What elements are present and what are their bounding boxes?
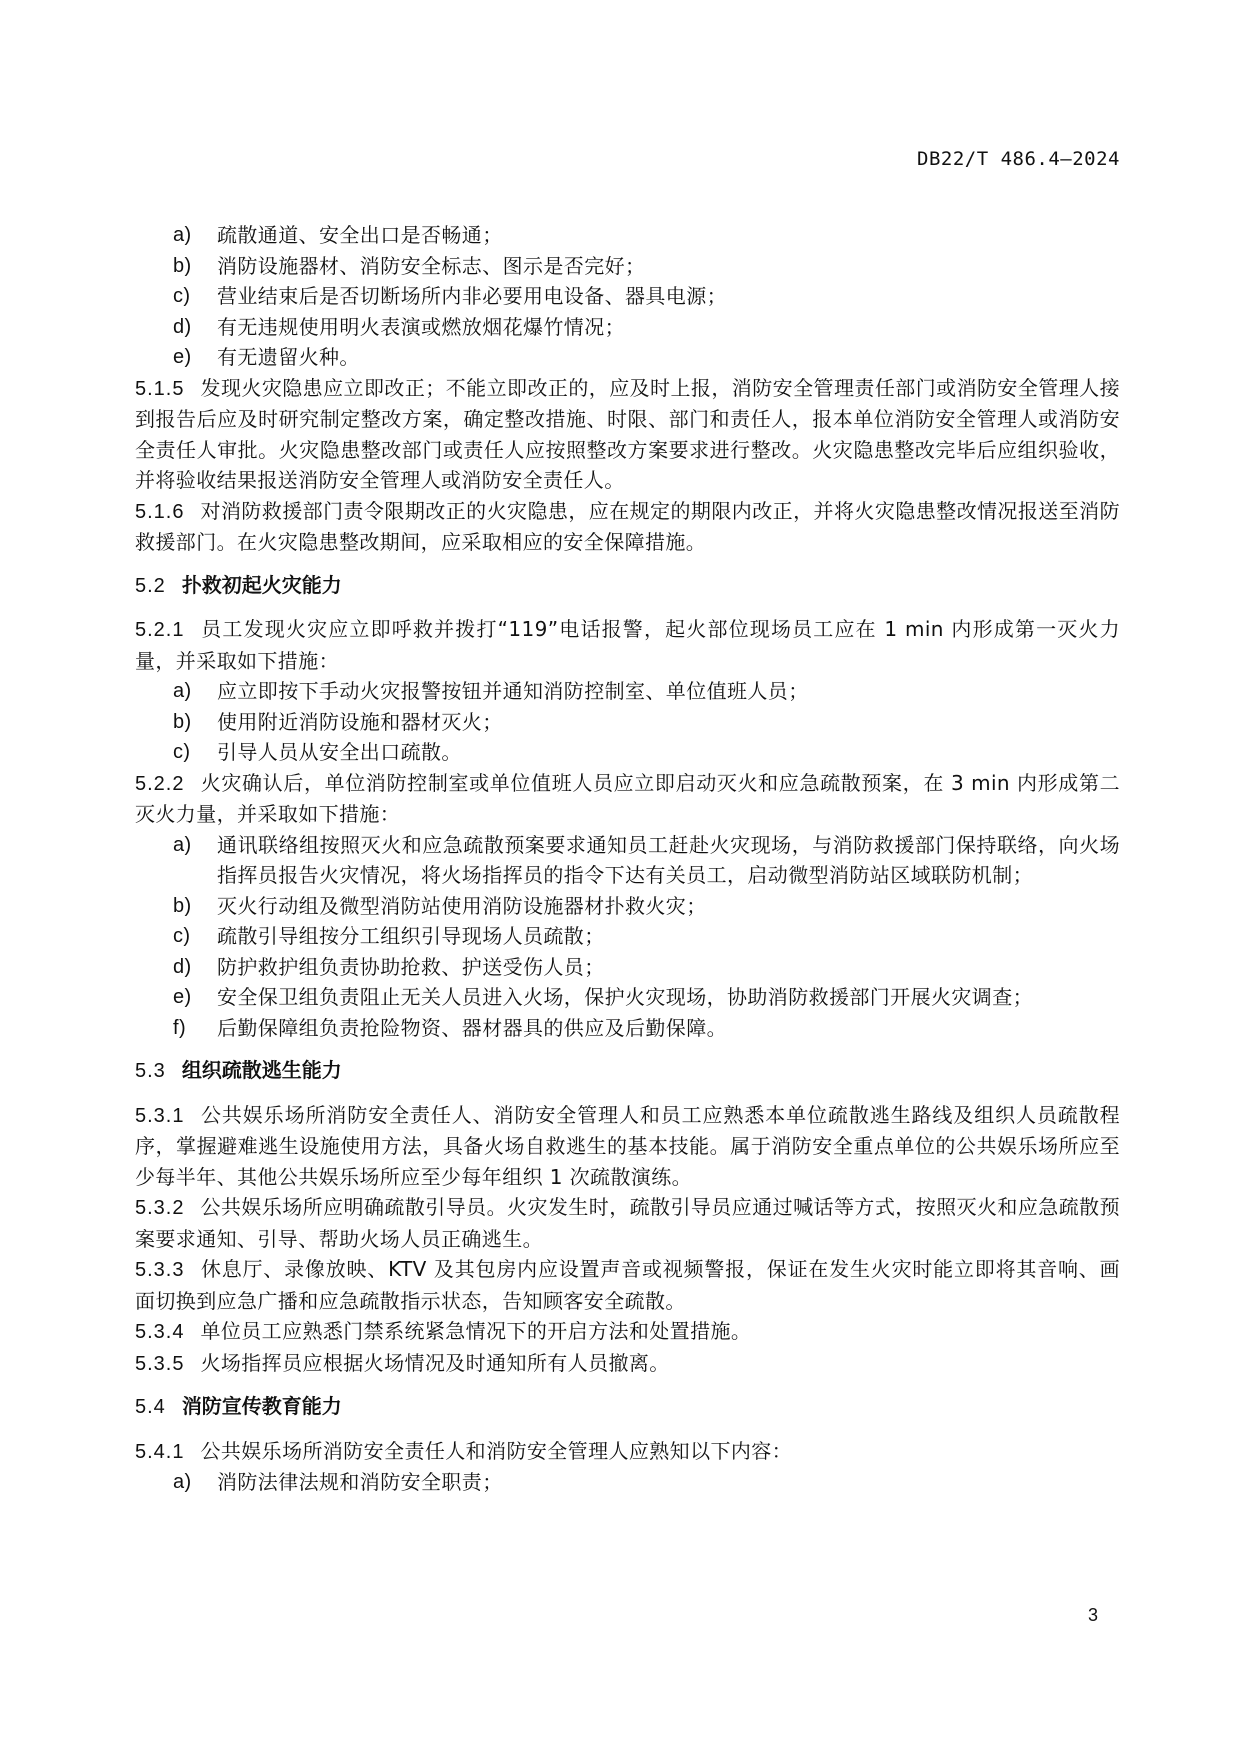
section-number: 5.3	[135, 1060, 166, 1082]
list-label: d)	[173, 952, 217, 983]
list-item: a) 疏散通道、安全出口是否畅通；	[135, 220, 1120, 251]
list-text: 防护救护组负责协助抢救、护送受伤人员；	[217, 952, 1120, 983]
clause-5-3-2: 5.3.2公共娱乐场所应明确疏散引导员。火灾发生时，疏散引导员应通过喊话等方式，…	[135, 1192, 1120, 1254]
section-title: 消防宣传教育能力	[182, 1394, 342, 1418]
clause-text: 公共娱乐场所应明确疏散引导员。火灾发生时，疏散引导员应通过喊话等方式，按照灭火和…	[135, 1195, 1120, 1251]
clause-5-2-2: 5.2.2火灾确认后，单位消防控制室或单位值班人员应立即启动灭火和应急疏散预案，…	[135, 768, 1120, 830]
list-item: a) 通讯联络组按照灭火和应急疏散预案要求通知员工赶赴火灾现场，与消防救援部门保…	[135, 830, 1120, 891]
list-item: a) 消防法律法规和消防安全职责；	[135, 1467, 1120, 1498]
clause-number: 5.3.5	[135, 1353, 184, 1375]
clause-number: 5.1.5	[135, 378, 184, 400]
clause-text: 公共娱乐场所消防安全责任人和消防安全管理人应熟知以下内容：	[200, 1439, 792, 1463]
list-text: 安全保卫组负责阻止无关人员进入火场，保护火灾现场，协助消防救援部门开展火灾调查；	[217, 982, 1120, 1013]
clause-text: 火灾确认后，单位消防控制室或单位值班人员应立即启动灭火和应急疏散预案，在 3 m…	[135, 771, 1120, 827]
list-item: a) 应立即按下手动火灾报警按钮并通知消防控制室、单位值班人员；	[135, 676, 1120, 707]
list-text: 有无违规使用明火表演或燃放烟花爆竹情况；	[217, 312, 1120, 343]
list-label: a)	[173, 676, 217, 707]
section-heading-5-3: 5.3组织疏散逃生能力	[135, 1055, 1120, 1087]
clause-text: 休息厅、录像放映、KTV 及其包房内应设置声音或视频警报，保证在发生火灾时能立即…	[135, 1257, 1120, 1313]
list-text: 消防设施器材、消防安全标志、图示是否完好；	[217, 251, 1120, 282]
list-text: 营业结束后是否切断场所内非必要用电设备、器具电源；	[217, 281, 1120, 312]
clause-text: 火场指挥员应根据火场情况及时通知所有人员撤离。	[200, 1351, 669, 1375]
list-label: c)	[173, 281, 217, 312]
list-text: 疏散通道、安全出口是否畅通；	[217, 220, 1120, 251]
list-text: 疏散引导组按分工组织引导现场人员疏散；	[217, 921, 1120, 952]
list-text: 有无遗留火种。	[217, 342, 1120, 373]
section-title: 组织疏散逃生能力	[182, 1058, 342, 1082]
list-label: c)	[173, 921, 217, 952]
list-item: d) 防护救护组负责协助抢救、护送受伤人员；	[135, 952, 1120, 983]
list-text: 消防法律法规和消防安全职责；	[217, 1467, 1120, 1498]
list-text: 通讯联络组按照灭火和应急疏散预案要求通知员工赶赴火灾现场，与消防救援部门保持联络…	[217, 830, 1120, 891]
clause-number: 5.3.2	[135, 1197, 184, 1219]
clause-5-3-5: 5.3.5火场指挥员应根据火场情况及时通知所有人员撤离。	[135, 1348, 1120, 1380]
document-page: DB22/T 486.4—2024 a) 疏散通道、安全出口是否畅通； b) 消…	[0, 0, 1241, 1754]
clause-number: 5.1.6	[135, 501, 184, 523]
clause-text: 对消防救援部门责令限期改正的火灾隐患，应在规定的期限内改正，并将火灾隐患整改情况…	[135, 499, 1120, 555]
list-label: b)	[173, 251, 217, 282]
list-label: b)	[173, 707, 217, 738]
clause-5-3-3: 5.3.3休息厅、录像放映、KTV 及其包房内应设置声音或视频警报，保证在发生火…	[135, 1254, 1120, 1316]
list-label: c)	[173, 737, 217, 768]
list-label: d)	[173, 312, 217, 343]
clause-text: 公共娱乐场所消防安全责任人、消防安全管理人和员工应熟悉本单位疏散逃生路线及组织人…	[135, 1103, 1120, 1189]
clause-5-1-6: 5.1.6对消防救援部门责令限期改正的火灾隐患，应在规定的期限内改正，并将火灾隐…	[135, 496, 1120, 558]
clause-number: 5.3.4	[135, 1321, 184, 1343]
page-number: 3	[1088, 1605, 1098, 1626]
list-label: a)	[173, 1467, 217, 1498]
section-heading-5-2: 5.2扑救初起火灾能力	[135, 570, 1120, 602]
list-label: e)	[173, 982, 217, 1013]
clause-number: 5.3.1	[135, 1105, 184, 1127]
list-item: e) 有无遗留火种。	[135, 342, 1120, 373]
clause-5-3-1: 5.3.1公共娱乐场所消防安全责任人、消防安全管理人和员工应熟悉本单位疏散逃生路…	[135, 1100, 1120, 1193]
clause-5-3-4: 5.3.4单位员工应熟悉门禁系统紧急情况下的开启方法和处置措施。	[135, 1316, 1120, 1348]
list-item: b) 使用附近消防设施和器材灭火；	[135, 707, 1120, 738]
list-item: d) 有无违规使用明火表演或燃放烟花爆竹情况；	[135, 312, 1120, 343]
list-item: e) 安全保卫组负责阻止无关人员进入火场，保护火灾现场，协助消防救援部门开展火灾…	[135, 982, 1120, 1013]
list-item: b) 消防设施器材、消防安全标志、图示是否完好；	[135, 251, 1120, 282]
list-label: e)	[173, 342, 217, 373]
document-code: DB22/T 486.4—2024	[917, 148, 1120, 170]
section-title: 扑救初起火灾能力	[182, 573, 342, 597]
clause-number: 5.4.1	[135, 1441, 184, 1463]
clause-number: 5.2.1	[135, 619, 184, 641]
list-text: 应立即按下手动火灾报警按钮并通知消防控制室、单位值班人员；	[217, 676, 1120, 707]
list-label: a)	[173, 830, 217, 891]
section-number: 5.2	[135, 575, 166, 597]
clause-text: 发现火灾隐患应立即改正；不能立即改正的，应及时上报，消防安全管理责任部门或消防安…	[135, 376, 1120, 493]
list-item: c) 引导人员从安全出口疏散。	[135, 737, 1120, 768]
list-item: b) 灭火行动组及微型消防站使用消防设施器材扑救火灾；	[135, 891, 1120, 922]
list-item: c) 营业结束后是否切断场所内非必要用电设备、器具电源；	[135, 281, 1120, 312]
list-item: f) 后勤保障组负责抢险物资、器材器具的供应及后勤保障。	[135, 1013, 1120, 1044]
section-number: 5.4	[135, 1396, 166, 1418]
list-label: a)	[173, 220, 217, 251]
list-text: 灭火行动组及微型消防站使用消防设施器材扑救火灾；	[217, 891, 1120, 922]
list-text: 后勤保障组负责抢险物资、器材器具的供应及后勤保障。	[217, 1013, 1120, 1044]
clause-5-4-1: 5.4.1公共娱乐场所消防安全责任人和消防安全管理人应熟知以下内容：	[135, 1436, 1120, 1468]
list-text: 使用附近消防设施和器材灭火；	[217, 707, 1120, 738]
clause-text: 员工发现火灾应立即呼救并拨打“119”电话报警，起火部位现场员工应在 1 min…	[135, 617, 1120, 673]
list-text: 引导人员从安全出口疏散。	[217, 737, 1120, 768]
list-label: f)	[173, 1013, 217, 1044]
list-item: c) 疏散引导组按分工组织引导现场人员疏散；	[135, 921, 1120, 952]
clause-5-1-5: 5.1.5发现火灾隐患应立即改正；不能立即改正的，应及时上报，消防安全管理责任部…	[135, 373, 1120, 496]
clause-number: 5.3.3	[135, 1259, 184, 1281]
list-label: b)	[173, 891, 217, 922]
clause-text: 单位员工应熟悉门禁系统紧急情况下的开启方法和处置措施。	[200, 1319, 751, 1343]
clause-number: 5.2.2	[135, 773, 184, 795]
document-body: a) 疏散通道、安全出口是否畅通； b) 消防设施器材、消防安全标志、图示是否完…	[135, 220, 1120, 1498]
section-heading-5-4: 5.4消防宣传教育能力	[135, 1391, 1120, 1423]
clause-5-2-1: 5.2.1员工发现火灾应立即呼救并拨打“119”电话报警，起火部位现场员工应在 …	[135, 614, 1120, 676]
